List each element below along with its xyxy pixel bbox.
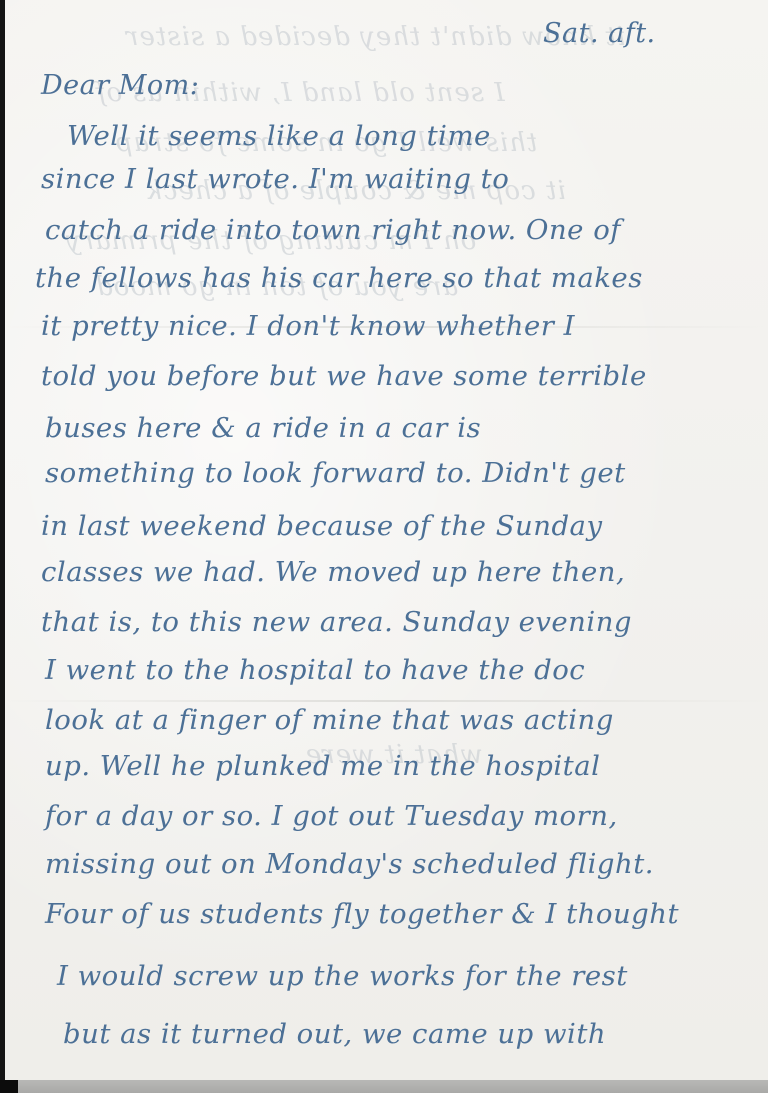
letter-line: classes we had. We moved up here then, [41,556,625,588]
letter-line: buses here & a ride in a car is [45,412,481,444]
letter-line: Well it seems like a long time [67,120,491,152]
letter-date: Sat. aft. [543,18,656,49]
letter-line: for a day or so. I got out Tuesday morn, [45,800,618,832]
letter-line: that is, to this new area. Sunday evenin… [41,606,632,638]
letter-line: something to look forward to. Didn't get [45,457,626,489]
scanner-corner [0,1080,18,1093]
letter-line: I would screw up the works for the rest [57,960,628,992]
page-bottom-shadow [18,1080,768,1093]
letter-page: it know didn't they decided a sister I s… [5,0,768,1080]
letter-salutation: Dear Mom: [41,70,199,101]
letter-line: missing out on Monday's scheduled flight… [45,848,654,880]
letter-line: I went to the hospital to have the doc [45,654,585,686]
letter-line: Four of us students fly together & I tho… [45,898,679,930]
letter-line: told you before but we have some terribl… [41,360,647,392]
letter-line: in last weekend because of the Sunday [41,510,603,542]
letter-line: catch a ride into town right now. One of [45,214,621,246]
paper-fold-line [5,700,768,702]
letter-line: but as it turned out, we came up with [63,1018,606,1050]
letter-line: up. Well he plunked me in the hospital [45,750,600,782]
letter-line: look at a finger of mine that was acting [45,704,614,736]
letter-line: it pretty nice. I don't know whether I [41,310,575,342]
letter-line: since I last wrote. I'm waiting to [41,163,509,195]
letter-line: the fellows has his car here so that mak… [35,262,643,294]
